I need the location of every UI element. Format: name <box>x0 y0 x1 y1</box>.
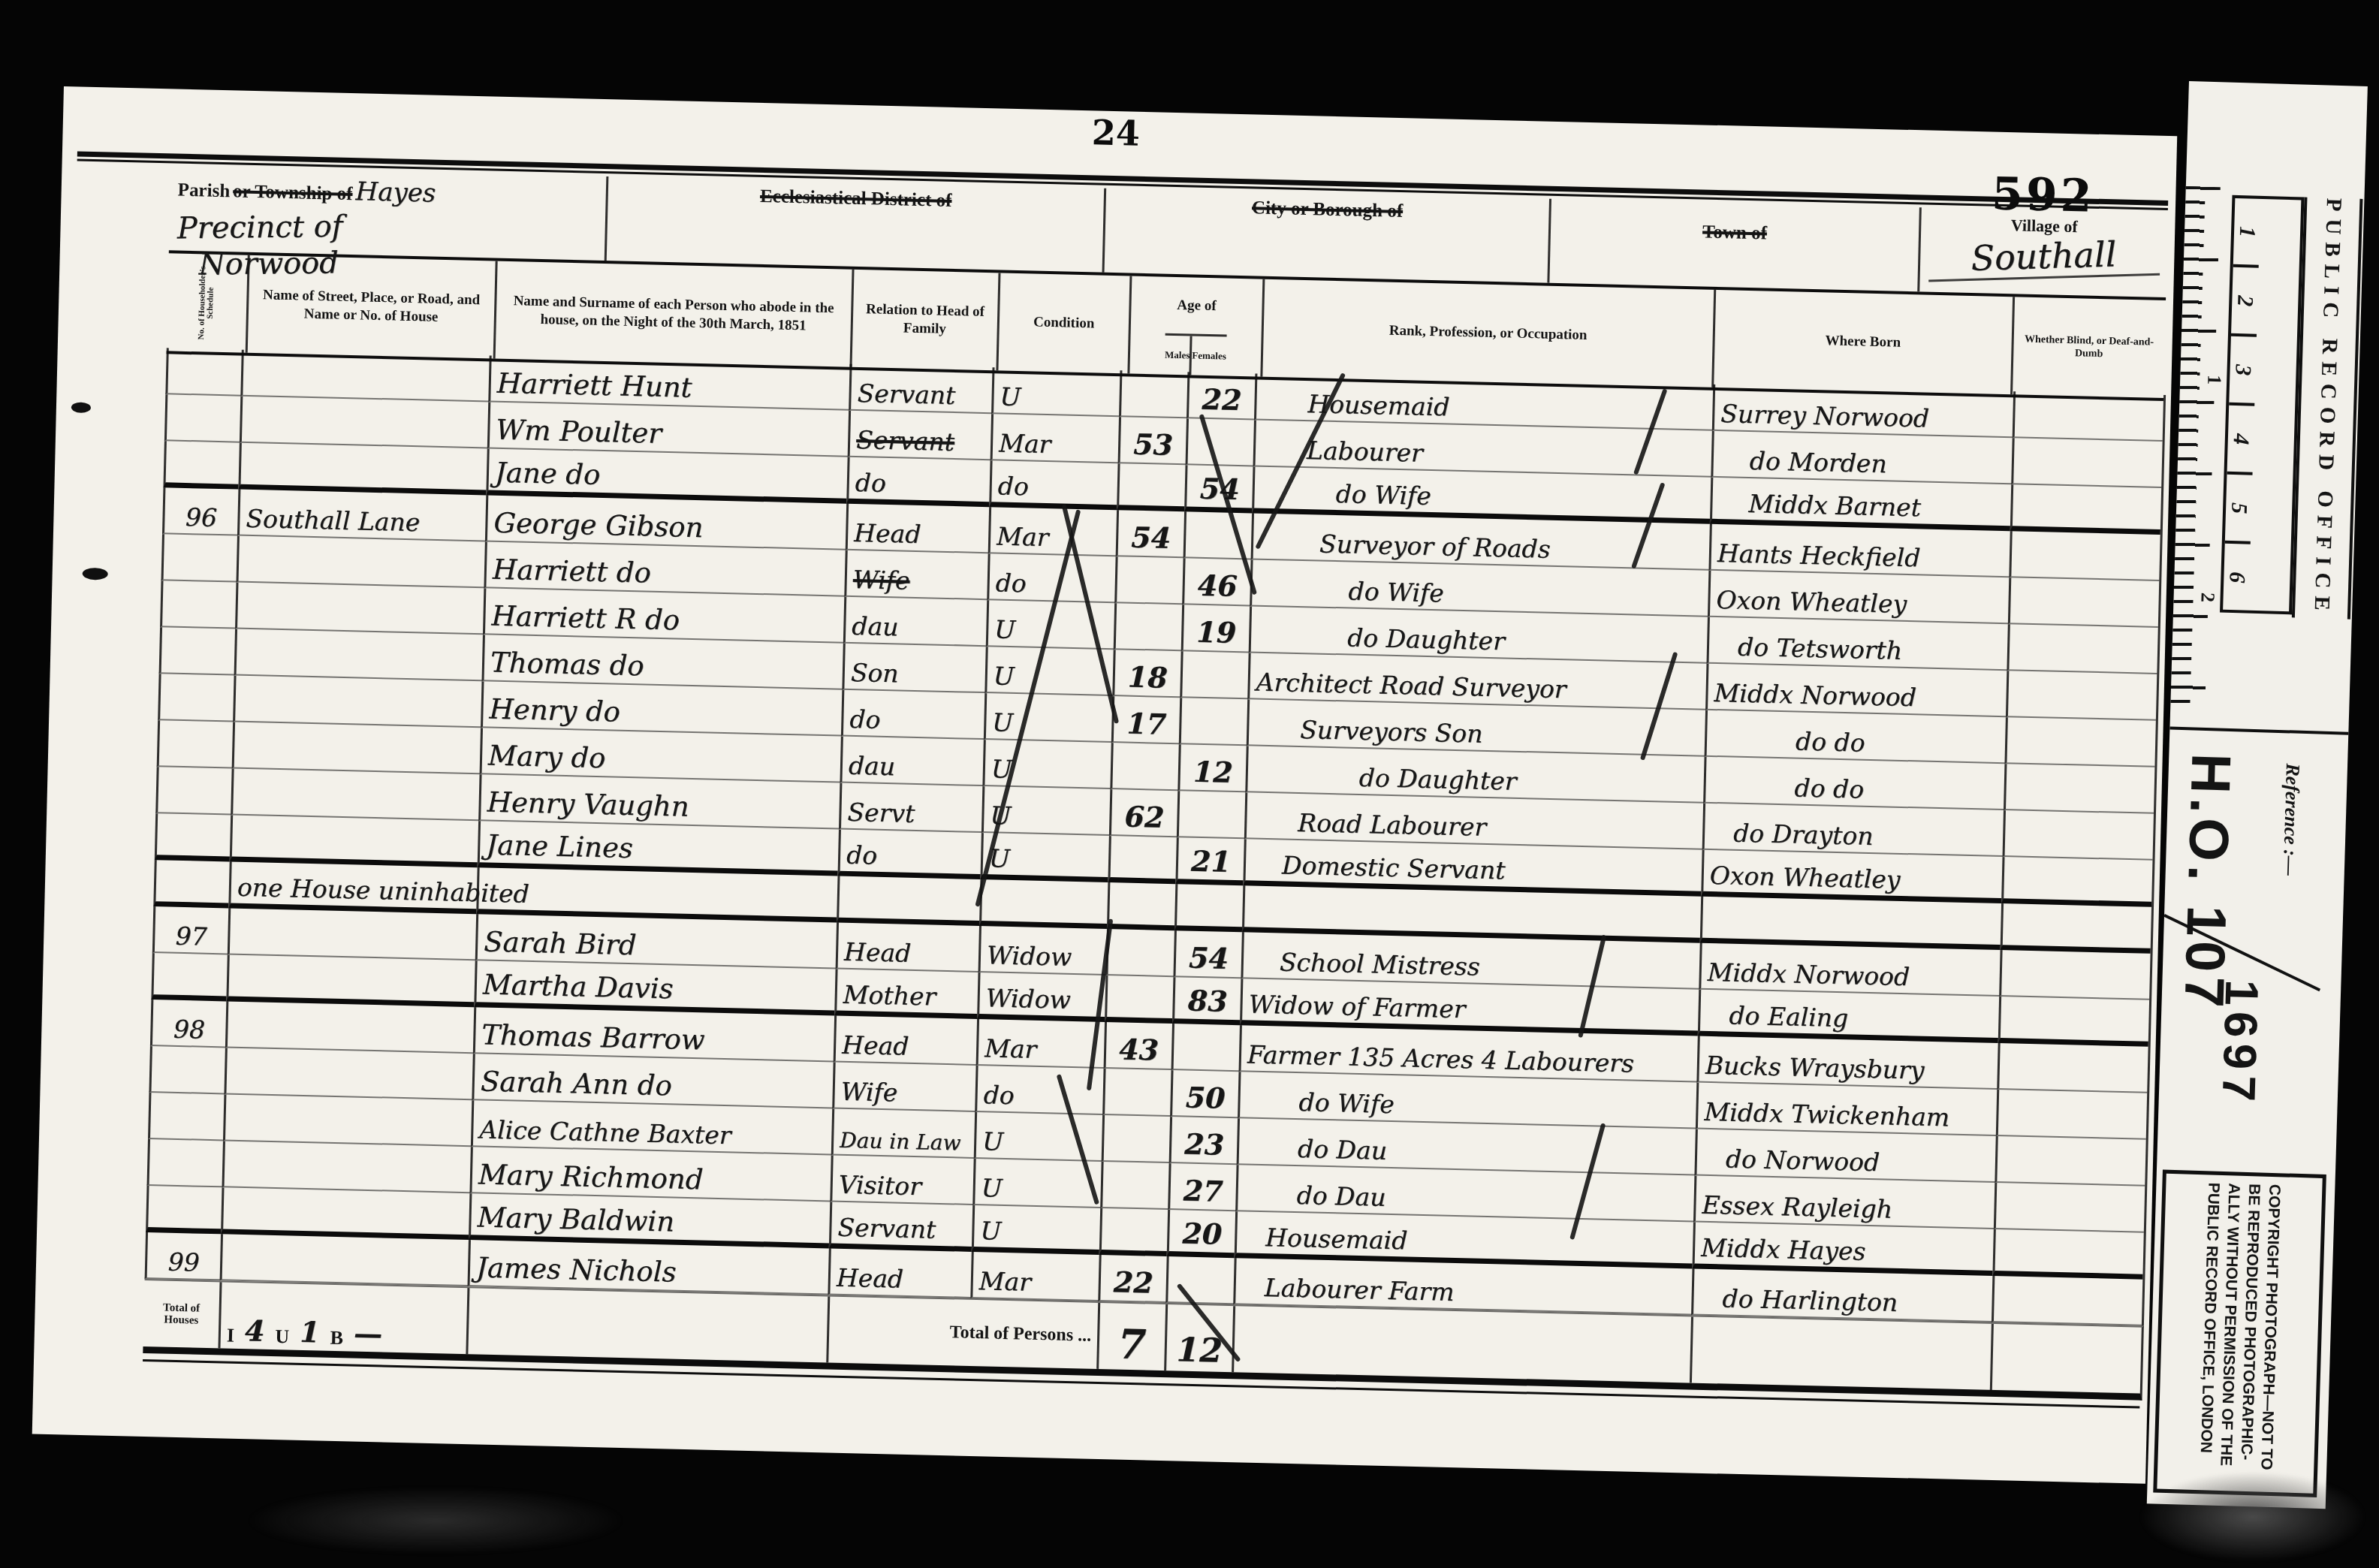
houses-uninhabited-value: 1 <box>300 1315 321 1349</box>
infirmity-cell <box>1995 1136 2145 1187</box>
infirmity-cell <box>1996 1090 2147 1140</box>
schedule-number-cell <box>155 767 231 815</box>
houses-building-value: — <box>354 1316 383 1351</box>
street-cell <box>225 1001 474 1054</box>
age-female-cell: 22 <box>1186 372 1255 420</box>
infirmity-cell <box>1992 1229 2143 1280</box>
birthplace-cell: Oxon Wheatley <box>1701 850 2002 903</box>
person-name-cell: Mary Baldwin <box>469 1193 830 1248</box>
relation-cell: Head <box>836 923 979 972</box>
age-male-cell <box>1102 1069 1171 1117</box>
col-condition: Condition <box>996 273 1129 373</box>
pro-box-number: 1 <box>2233 198 2261 265</box>
schedule-number-cell <box>149 1046 225 1094</box>
condition-cell: U <box>972 1205 1100 1255</box>
age-female-cell: 23 <box>1169 1117 1238 1165</box>
relation-cell <box>837 876 980 926</box>
relation-cell: Head <box>834 1016 977 1066</box>
ruler-scale: 1 2 <box>2170 186 2231 713</box>
relation-cell: Servant <box>849 364 992 414</box>
person-name-cell: Jane do <box>486 448 847 503</box>
schedule-number-cell: 99 <box>145 1232 221 1280</box>
total-houses-values: I 4 U 1 B — <box>218 1282 467 1354</box>
col-age-females: Females <box>1189 336 1227 375</box>
street-cell <box>238 443 487 496</box>
reference-piece: 1697 <box>2212 979 2269 1108</box>
condition-cell: Widow <box>977 972 1105 1022</box>
birthplace-cell: Surrey Norwood <box>1712 384 2013 438</box>
folio-stamp-top: 24 <box>1091 112 1140 153</box>
condition-cell: do <box>989 460 1117 510</box>
condition-cell: U <box>991 367 1120 417</box>
census-table: Harriett Hunt Servant U 22 Housemaid Sur… <box>145 348 2166 1325</box>
schedule-number-cell: 97 <box>152 906 228 954</box>
village-label: Village of <box>2011 216 2079 236</box>
condition-cell: Widow <box>978 926 1107 975</box>
relation-cell: Head <box>846 504 989 553</box>
age-female-cell: 21 <box>1175 837 1244 885</box>
city-borough-box: City or Borough of <box>1102 188 1549 283</box>
col-age: Age of Males Females <box>1127 276 1262 377</box>
footer-spacer <box>466 1288 828 1362</box>
schedule-number-cell <box>155 813 231 861</box>
schedule-number-cell <box>157 720 233 768</box>
houses-building-label: B <box>330 1327 343 1349</box>
person-name-cell: Harriett do <box>484 541 845 596</box>
age-male-cell <box>1102 1115 1170 1163</box>
relation-cell: dau <box>840 737 983 786</box>
condition-cell: do <box>987 553 1115 603</box>
age-female-cell <box>1165 1256 1234 1304</box>
total-houses-label: Total of Houses <box>143 1280 219 1348</box>
birthplace-cell: do Tetsworth <box>1706 617 2007 671</box>
street-cell <box>228 908 476 960</box>
schedule-number-cell <box>164 394 240 442</box>
age-male-cell: 18 <box>1112 650 1180 698</box>
age-male-cell: 62 <box>1109 789 1177 837</box>
village-value: Southall <box>1928 233 2160 282</box>
person-name-cell: Harriett R do <box>483 588 844 643</box>
person-name-cell: Sarah Ann do <box>472 1054 833 1108</box>
schedule-number-cell <box>153 860 229 908</box>
street-cell <box>240 397 488 449</box>
infirmity-cell <box>1999 950 2150 1000</box>
street-cell <box>222 1141 471 1193</box>
relation-cell: Visitor <box>830 1155 973 1205</box>
village-box: Village of Southall <box>1917 207 2168 297</box>
infirmity-cell <box>1997 1043 2148 1093</box>
condition-cell: U <box>980 833 1108 882</box>
infirmity-cell <box>2004 717 2155 767</box>
census-page: 24 592 Parish or Township of Hayes Preci… <box>32 86 2178 1484</box>
condition-cell: U <box>984 647 1113 696</box>
town-box: Town of <box>1547 199 1919 292</box>
pro-box-number: 3 <box>2229 333 2257 403</box>
street-cell <box>235 583 484 635</box>
age-male-cell: 43 <box>1104 1022 1172 1070</box>
schedule-number-cell <box>158 674 234 722</box>
age-male-cell <box>1107 882 1175 930</box>
person-name-cell: Thomas do <box>481 635 843 689</box>
infirmity-cell <box>2001 857 2152 907</box>
age-male-cell <box>1100 1162 1168 1210</box>
birthplace-cell: do do <box>1705 710 2006 764</box>
condition-cell: U <box>972 1159 1101 1208</box>
schedule-number-cell <box>148 1093 224 1141</box>
relation-cell: do <box>841 690 984 740</box>
street-cell <box>233 676 481 728</box>
infirmity-cell <box>2008 577 2159 628</box>
street-cell <box>232 722 481 775</box>
relation-cell: Mother <box>834 969 978 1019</box>
birthplace-cell: Hants Heckfield <box>1708 524 2010 577</box>
parish-value: Hayes <box>355 176 436 209</box>
relation-cell: Son <box>842 644 985 693</box>
street-cell <box>240 350 489 403</box>
street-cell <box>221 1187 469 1240</box>
age-female-cell: 20 <box>1167 1210 1235 1258</box>
relation-cell: Head <box>828 1248 971 1298</box>
relation-cell: Servant <box>848 411 991 460</box>
col-age-label: Age of <box>1177 277 1217 334</box>
parish-label-struck: or Township of <box>233 181 353 204</box>
person-name-cell: Mary Richmond <box>469 1147 831 1202</box>
person-name-cell: Henry do <box>481 681 842 736</box>
street-cell <box>220 1234 469 1286</box>
street-cell: Southall Lane <box>237 490 486 542</box>
person-name-cell: Wm Poulter <box>487 402 849 457</box>
houses-inhabited-value: 4 <box>245 1313 266 1348</box>
schedule-number-cell: 98 <box>150 1000 226 1048</box>
schedule-number-cell <box>163 441 239 489</box>
birthplace-cell: Middx Hayes <box>1693 1223 1994 1276</box>
birthplace-cell: Middx Barnet <box>1710 478 2011 531</box>
schedule-number-cell <box>146 1186 222 1234</box>
person-name-cell: Mary do <box>480 728 841 782</box>
birthplace-cell: do Harlington <box>1691 1269 1992 1322</box>
street-cell <box>224 1048 472 1100</box>
age-female-cell: 27 <box>1168 1163 1236 1211</box>
footer-spacer <box>1990 1324 2142 1394</box>
age-female-cell: 46 <box>1182 558 1250 606</box>
birthplace-cell: Middx Norwood <box>1705 664 2007 717</box>
age-female-cell <box>1174 884 1243 932</box>
age-male-cell: 22 <box>1098 1255 1166 1303</box>
parish-box: Parish or Township of Hayes Precinct of … <box>169 166 606 261</box>
condition-cell: Mar <box>976 1019 1105 1069</box>
age-male-cell <box>1105 929 1174 977</box>
pro-office-label: PUBLIC RECORD OFFICE <box>2292 198 2363 620</box>
street-cell: one House uninhabited <box>228 861 477 914</box>
condition-cell: U <box>982 740 1111 789</box>
birthplace-cell: Middx Norwood <box>1699 943 2000 997</box>
infirmity-cell <box>2011 438 2162 488</box>
person-name-cell: Martha Davis <box>474 960 835 1015</box>
ruler-number: 2 <box>2196 593 2218 603</box>
schedule-number-cell <box>165 348 241 396</box>
birthplace-cell: do Drayton <box>1702 804 2004 857</box>
ruler-number: 1 <box>2203 375 2225 385</box>
relation-cell: Wife <box>832 1063 975 1112</box>
condition-cell <box>979 879 1108 929</box>
person-name-cell: Jane Lines <box>478 821 839 876</box>
col-relation: Relation to Head of Family <box>849 270 998 371</box>
birthplace-cell: do Morden <box>1711 431 2012 484</box>
age-male-cell <box>1108 836 1176 884</box>
person-name-cell: Harriett Hunt <box>488 355 849 410</box>
relation-cell: dau <box>843 597 987 647</box>
footer-spacer <box>1690 1317 1992 1390</box>
infirmity-cell <box>1998 997 2149 1047</box>
street-cell <box>231 769 479 822</box>
age-male-cell <box>1114 556 1183 605</box>
person-name-cell <box>476 867 837 922</box>
infirmity-cell <box>2001 903 2151 954</box>
infirmity-cell <box>1992 1276 2142 1326</box>
age-female-cell <box>1180 651 1248 699</box>
relation-cell: do <box>846 457 990 507</box>
schedule-number-cell <box>161 534 237 582</box>
infirmity-cell <box>2004 764 2154 814</box>
relation-cell: Servt <box>839 783 982 833</box>
condition-cell: Mar <box>970 1252 1099 1301</box>
relation-cell: do <box>838 830 981 879</box>
person-name-cell: Thomas Barrow <box>473 1007 834 1062</box>
birthplace-cell: Bucks Wraysbury <box>1696 1036 1998 1090</box>
infirmity-cell <box>2013 391 2163 442</box>
street-cell <box>226 954 475 1007</box>
houses-uninhabited-label: U <box>275 1325 289 1348</box>
ecclesiastical-box: Ecclesiastical District of <box>605 176 1104 273</box>
age-male-cell <box>1117 463 1185 511</box>
infirmity-cell <box>2006 671 2157 721</box>
reference-series: H.O. 107 <box>2172 752 2243 1013</box>
birthplace-cell: Middx Twickenham <box>1696 1083 1997 1136</box>
condition-cell: do <box>975 1066 1103 1115</box>
birthplace-cell: do Norwood <box>1694 1129 1995 1183</box>
reference-label: Reference :— <box>2278 763 2304 876</box>
schedule-number-cell <box>151 953 227 1001</box>
age-male-cell <box>1119 370 1187 418</box>
precinct-line2: Norwood <box>198 243 596 282</box>
film-noise <box>2140 1472 2365 1562</box>
birthplace-cell: Oxon Wheatley <box>1708 571 2009 624</box>
schedule-number-cell <box>147 1139 223 1187</box>
birthplace-cell: do Ealing <box>1698 990 1999 1043</box>
ecclesiastical-label-struck: Ecclesiastical District of <box>760 186 952 211</box>
person-name-cell: James Nichols <box>467 1240 828 1295</box>
relation-cell: Servant <box>829 1202 972 1251</box>
age-female-cell <box>1179 698 1247 746</box>
infirmity-cell <box>1994 1183 2145 1233</box>
age-female-cell: 54 <box>1173 930 1241 978</box>
film-noise <box>248 1487 623 1554</box>
age-male-cell <box>1110 743 1178 791</box>
schedule-number-cell <box>159 627 235 675</box>
pro-film-strip: 1 2 1 2 3 4 5 6 PUBLIC RECORD OFFICE H.O… <box>2147 81 2368 1509</box>
ink-blot <box>71 402 91 413</box>
relation-cell: Dau in Law <box>831 1108 975 1158</box>
col-occupation: Rank, Profession, or Occupation <box>1260 279 1714 387</box>
street-cell <box>230 816 478 868</box>
person-name-cell: George Gibson <box>485 495 846 550</box>
age-female-cell <box>1186 418 1254 466</box>
footer-spacer <box>1232 1306 1691 1383</box>
age-male-cell <box>1105 975 1173 1024</box>
relation-cell: Wife <box>844 550 987 600</box>
age-female-cell <box>1177 791 1245 839</box>
age-female-cell: 12 <box>1177 744 1246 792</box>
parish-label: Parish <box>177 180 230 202</box>
condition-cell: Mar <box>988 507 1117 556</box>
pro-box-number: 2 <box>2231 264 2259 334</box>
street-cell <box>223 1094 472 1147</box>
age-male-cell: 54 <box>1116 510 1184 558</box>
age-female-cell <box>1171 1024 1240 1072</box>
ink-blot <box>83 568 108 580</box>
infirmity-cell <box>2009 531 2160 581</box>
total-persons-label: Total of Persons ... <box>826 1296 1098 1368</box>
pro-number-boxes: 1 2 3 4 5 6 <box>2220 195 2304 615</box>
pro-reference: H.O. 107 Reference :— 1697 <box>2157 727 2348 1171</box>
col-age-males: Males <box>1165 336 1190 375</box>
age-male-cell: 53 <box>1118 417 1186 465</box>
city-borough-label-struck: City or Borough of <box>1252 198 1404 222</box>
total-persons-male: 7 <box>1096 1303 1165 1370</box>
town-label-struck: Town of <box>1702 222 1768 244</box>
age-male-cell <box>1099 1208 1168 1256</box>
age-male-cell: 17 <box>1111 696 1180 744</box>
infirmity-cell <box>2007 624 2157 674</box>
schedule-number-cell: 96 <box>162 487 238 535</box>
street-cell <box>237 536 485 589</box>
col-born: Where Born <box>1711 290 2013 394</box>
age-male-cell <box>1114 603 1182 651</box>
age-female-cell: 19 <box>1181 605 1250 653</box>
birthplace-cell: do do <box>1703 757 2004 810</box>
houses-inhabited-label: I <box>227 1325 235 1347</box>
pro-box-number: 5 <box>2225 472 2253 541</box>
schedule-number-cell <box>160 580 236 629</box>
copyright-notice: COPYRIGHT PHOTOGRAPH—NOT TO BE REPRODUCE… <box>2153 1170 2326 1497</box>
person-name-cell: Henry Vaughn <box>478 774 840 829</box>
birthplace-cell: Essex Rayleigh <box>1693 1176 1995 1229</box>
street-cell <box>234 629 483 682</box>
pro-box-number: 4 <box>2227 403 2255 472</box>
age-female-cell: 50 <box>1170 1070 1238 1118</box>
condition-cell: Mar <box>990 414 1119 463</box>
person-name-cell: Alice Cathne Baxter <box>471 1100 832 1155</box>
age-female-cell: 83 <box>1172 977 1241 1025</box>
person-name-cell: Sarah Bird <box>475 914 837 969</box>
condition-cell: U <box>984 693 1112 743</box>
infirmity-cell <box>2010 484 2161 535</box>
birthplace-cell <box>1700 897 2001 950</box>
col-blind: Whether Blind, or Deaf-and-Dumb <box>2010 297 2166 398</box>
pro-box-number: 6 <box>2223 541 2251 611</box>
infirmity-cell <box>2003 810 2154 861</box>
precinct-line1: Precinct of <box>176 207 597 246</box>
